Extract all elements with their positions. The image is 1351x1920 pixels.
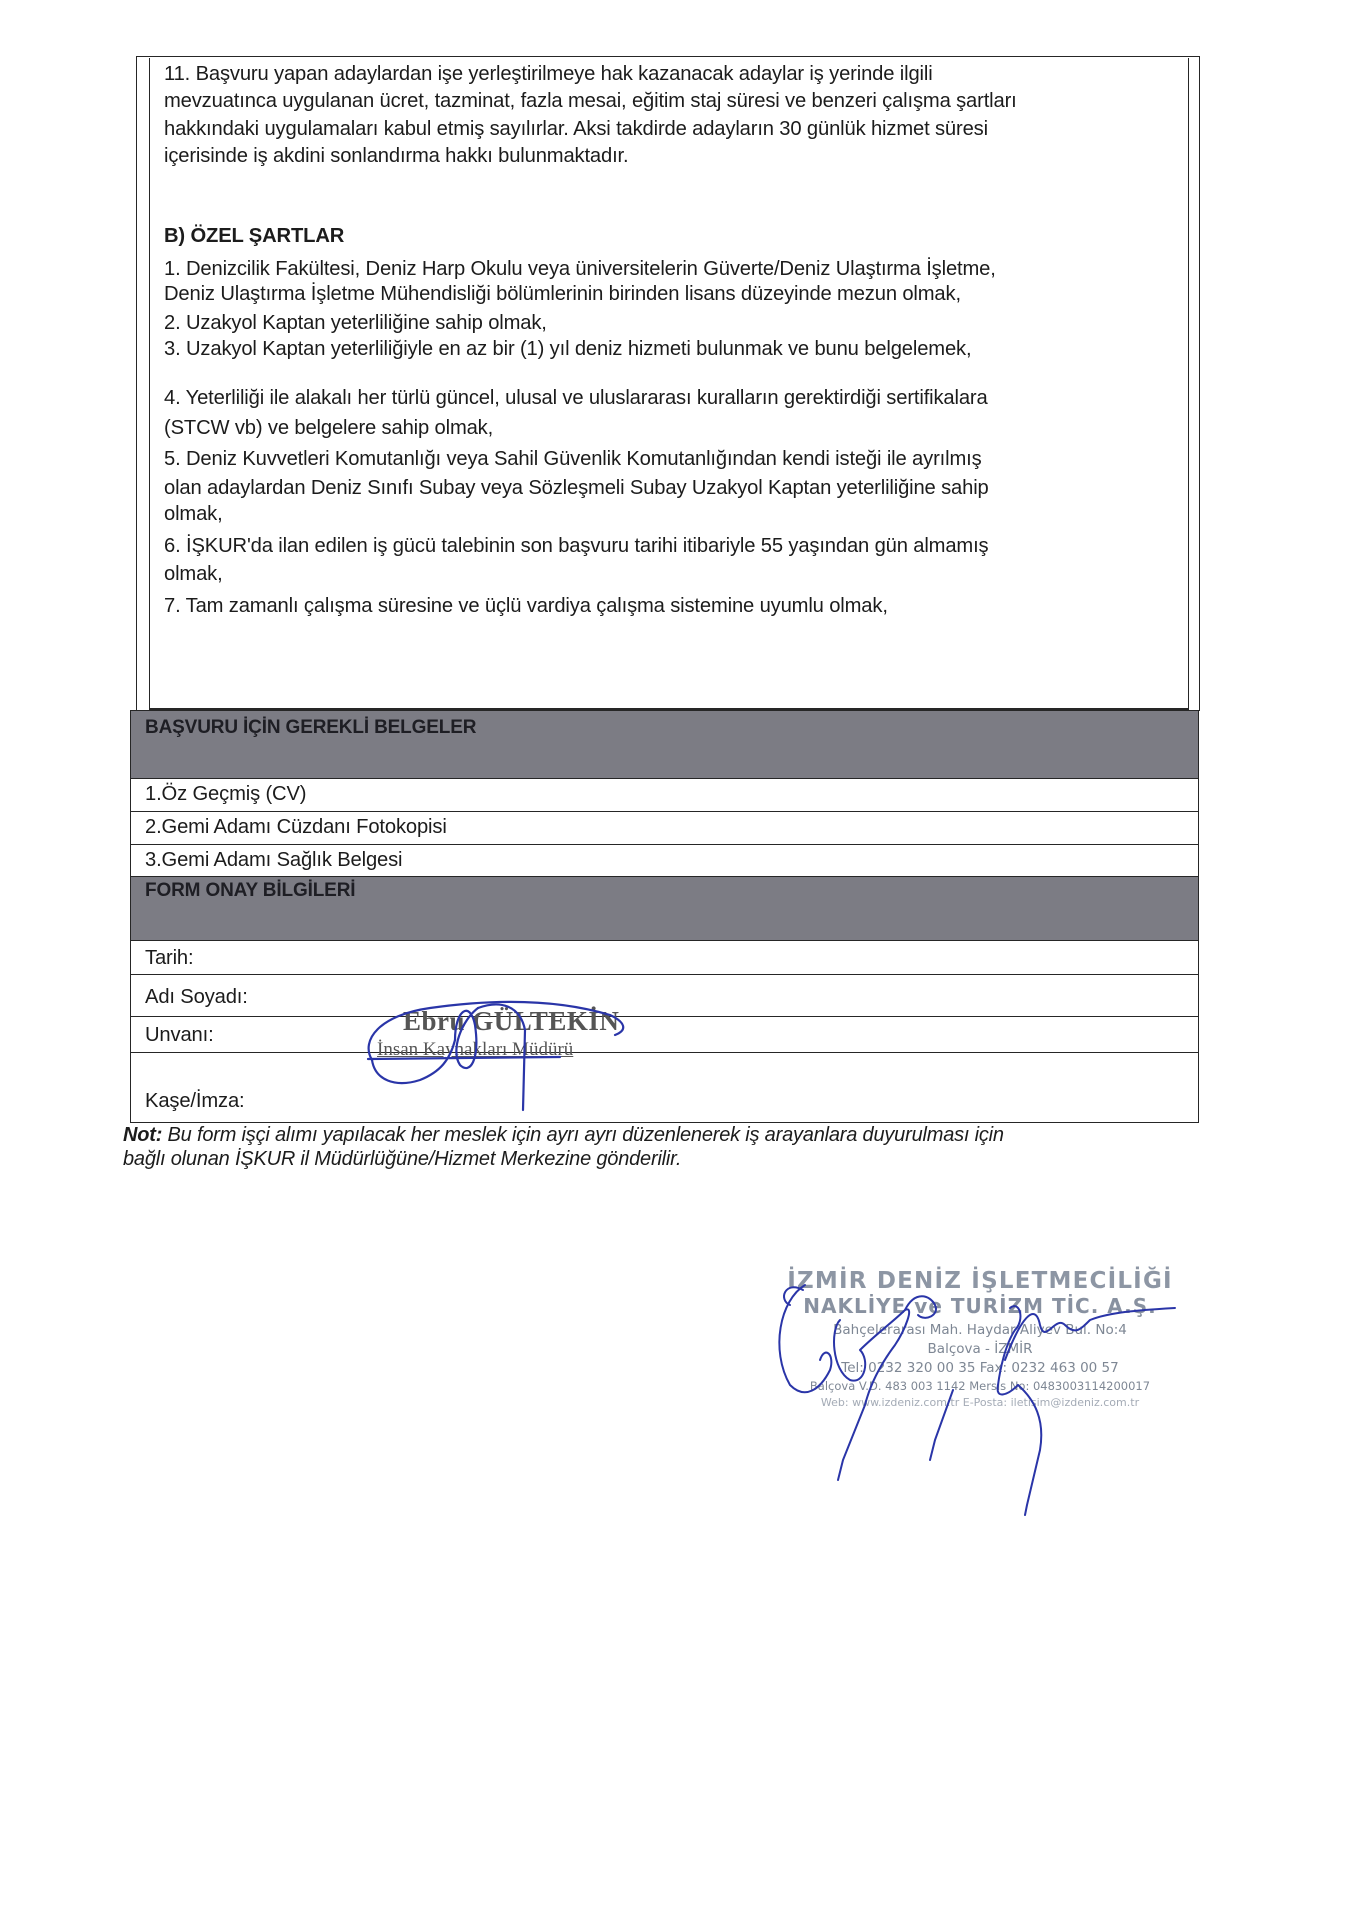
company-stamp-address-1: Bahçelerarası Mah. Haydar Aliyev Bul. No… — [780, 1322, 1180, 1338]
list-item: olmak, — [164, 564, 223, 584]
field-row-title: Unvanı: — [130, 1017, 1199, 1053]
document-item: 2.Gemi Adamı Cüzdanı Fotokopisi — [145, 816, 447, 839]
list-item: (STCW vb) ve belgelere sahip olmak, — [164, 418, 493, 438]
date-label: Tarih: — [145, 947, 193, 970]
document-item: 3.Gemi Adamı Sağlık Belgesi — [145, 849, 402, 872]
form-approval-heading: FORM ONAY BİLGİLERİ — [145, 880, 355, 902]
field-row-name: Adı Soyadı: — [130, 975, 1199, 1017]
person-stamp-name: Ebru GÜLTEKİN — [403, 1006, 619, 1037]
list-item: 2. Uzakyol Kaptan yeterliliğine sahip ol… — [164, 313, 547, 333]
note-label: Not: — [123, 1124, 162, 1146]
required-documents-heading: BAŞVURU İÇİN GEREKLİ BELGELER — [145, 717, 476, 739]
company-stamp-web: Web: www.izdeniz.com.tr E-Posta: iletisi… — [780, 1396, 1180, 1409]
company-stamp-name-2: NAKLİYE ve TURİZM TİC. A.Ş. — [780, 1294, 1180, 1318]
name-label: Adı Soyadı: — [145, 986, 248, 1009]
person-stamp-title: İnsan Kaynakları Müdürü — [377, 1039, 573, 1061]
text-line: hakkındaki uygulamaları kabul etmiş sayı… — [164, 119, 988, 139]
note-line-2: bağlı olunan İŞKUR il Müdürlüğüne/Hizmet… — [123, 1148, 681, 1171]
company-stamp-tax: Balçova V.D. 483 003 1142 Mersis No: 048… — [780, 1379, 1180, 1393]
company-stamp-phone: Tel: 0232 320 00 35 Fax: 0232 463 00 57 — [780, 1360, 1180, 1376]
note-text: Bu form işçi alımı yapılacak her meslek … — [162, 1124, 1004, 1146]
list-item: 5. Deniz Kuvvetleri Komutanlığı veya Sah… — [164, 449, 982, 469]
company-stamp-address-2: Balçova - İZMİR — [780, 1341, 1180, 1357]
company-stamp-name-1: İZMİR DENİZ İŞLETMECİLİĞİ — [780, 1268, 1180, 1294]
document-row: 3.Gemi Adamı Sağlık Belgesi — [130, 845, 1199, 877]
list-item: 4. Yeterliliği ile alakalı her türlü gün… — [164, 388, 988, 408]
stamp-signature-label: Kaşe/İmza: — [145, 1090, 244, 1113]
list-item: 1. Denizcilik Fakültesi, Deniz Harp Okul… — [164, 259, 996, 279]
list-item: 3. Uzakyol Kaptan yeterliliğiyle en az b… — [164, 339, 971, 359]
list-item: olan adaylardan Deniz Sınıfı Subay veya … — [164, 478, 989, 498]
document-row: 2.Gemi Adamı Cüzdanı Fotokopisi — [130, 812, 1199, 845]
list-item: Deniz Ulaştırma İşletme Mühendisliği böl… — [164, 284, 961, 304]
text-line: mevzuatınca uygulanan ücret, tazminat, f… — [164, 91, 1017, 111]
field-row-date: Tarih: — [130, 941, 1199, 975]
field-row-stamp-signature: Kaşe/İmza: — [130, 1053, 1199, 1123]
special-conditions-heading: B) ÖZEL ŞARTLAR — [164, 226, 344, 246]
text-line: 11. Başvuru yapan adaylardan işe yerleşt… — [164, 64, 933, 84]
document-row: 1.Öz Geçmiş (CV) — [130, 779, 1199, 812]
title-label: Unvanı: — [145, 1024, 214, 1047]
list-item: 6. İŞKUR'da ilan edilen iş gücü talebini… — [164, 536, 989, 556]
list-item: 7. Tam zamanlı çalışma süresine ve üçlü … — [164, 596, 888, 616]
text-line: içerisinde iş akdini sonlandırma hakkı b… — [164, 146, 628, 166]
list-item: olmak, — [164, 504, 223, 524]
form-approval-header: FORM ONAY BİLGİLERİ — [130, 877, 1199, 941]
document-item: 1.Öz Geçmiş (CV) — [145, 783, 306, 806]
required-documents-header: BAŞVURU İÇİN GEREKLİ BELGELER — [130, 710, 1199, 779]
note-line-1: Not: Bu form işçi alımı yapılacak her me… — [123, 1124, 1004, 1147]
